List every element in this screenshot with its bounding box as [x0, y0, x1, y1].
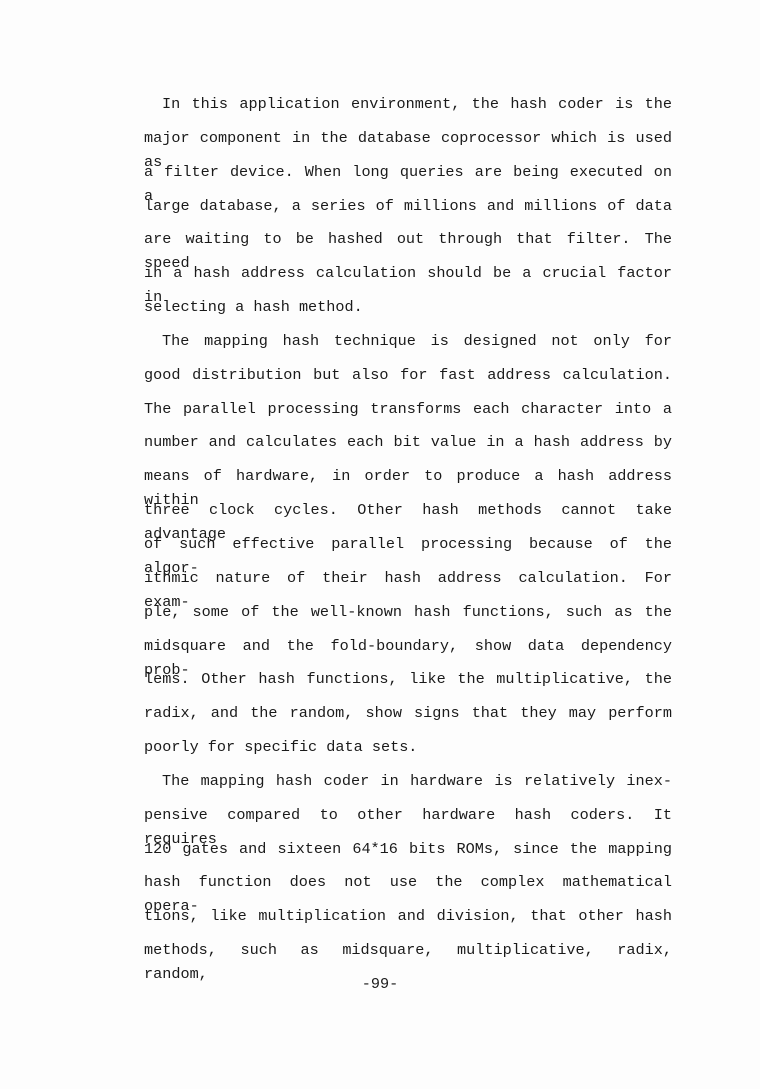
text-line-content: tions, like multiplication and division,…	[144, 904, 672, 928]
document-page: In this application environment, the has…	[0, 0, 760, 1089]
text-line: good distribution but also for fast addr…	[144, 363, 672, 397]
text-line-content: The mapping hash technique is designed n…	[144, 329, 672, 353]
text-line-content: large database, a series of millions and…	[144, 194, 672, 218]
text-line: of such effective parallel processing be…	[144, 532, 672, 566]
text-line-content: In this application environment, the has…	[144, 92, 672, 116]
text-line-content: ple, some of the well-known hash functio…	[144, 600, 672, 624]
text-line: selecting a hash method.	[144, 295, 672, 329]
text-line-content: The mapping hash coder in hardware is re…	[144, 769, 672, 793]
text-line: The parallel processing transforms each …	[144, 397, 672, 431]
text-line-content: 120 gates and sixteen 64*16 bits ROMs, s…	[144, 837, 672, 861]
text-line: ple, some of the well-known hash functio…	[144, 600, 672, 634]
text-line: The mapping hash technique is designed n…	[144, 329, 672, 363]
text-line: number and calculates each bit value in …	[144, 430, 672, 464]
page-number: -99-	[0, 975, 760, 993]
text-line: lems. Other hash functions, like the mul…	[144, 667, 672, 701]
text-line: are waiting to be hashed out through tha…	[144, 227, 672, 261]
text-line: methods, such as midsquare, multiplicati…	[144, 938, 672, 972]
text-line: pensive compared to other hardware hash …	[144, 803, 672, 837]
text-line-content: radix, and the random, show signs that t…	[144, 701, 672, 725]
text-line: large database, a series of millions and…	[144, 194, 672, 228]
text-line-content: The parallel processing transforms each …	[144, 397, 672, 421]
text-line: 120 gates and sixteen 64*16 bits ROMs, s…	[144, 837, 672, 871]
text-line: The mapping hash coder in hardware is re…	[144, 769, 672, 803]
text-line-content: number and calculates each bit value in …	[144, 430, 672, 454]
text-line-content: lems. Other hash functions, like the mul…	[144, 667, 672, 691]
text-line: ithmic nature of their hash address calc…	[144, 566, 672, 600]
text-line: tions, like multiplication and division,…	[144, 904, 672, 938]
text-line: means of hardware, in order to produce a…	[144, 464, 672, 498]
text-line: hash function does not use the complex m…	[144, 870, 672, 904]
text-line: a filter device. When long queries are b…	[144, 160, 672, 194]
text-line: poorly for specific data sets.	[144, 735, 672, 769]
body-text: In this application environment, the has…	[144, 92, 672, 972]
text-line: midsquare and the fold-boundary, show da…	[144, 634, 672, 668]
text-line: in a hash address calculation should be …	[144, 261, 672, 295]
text-line-content: poorly for specific data sets.	[144, 735, 672, 759]
text-line-content: selecting a hash method.	[144, 295, 672, 319]
text-line: three clock cycles. Other hash methods c…	[144, 498, 672, 532]
text-line: In this application environment, the has…	[144, 92, 672, 126]
text-line-content: good distribution but also for fast addr…	[144, 363, 672, 387]
text-line: major component in the database coproces…	[144, 126, 672, 160]
text-line: radix, and the random, show signs that t…	[144, 701, 672, 735]
